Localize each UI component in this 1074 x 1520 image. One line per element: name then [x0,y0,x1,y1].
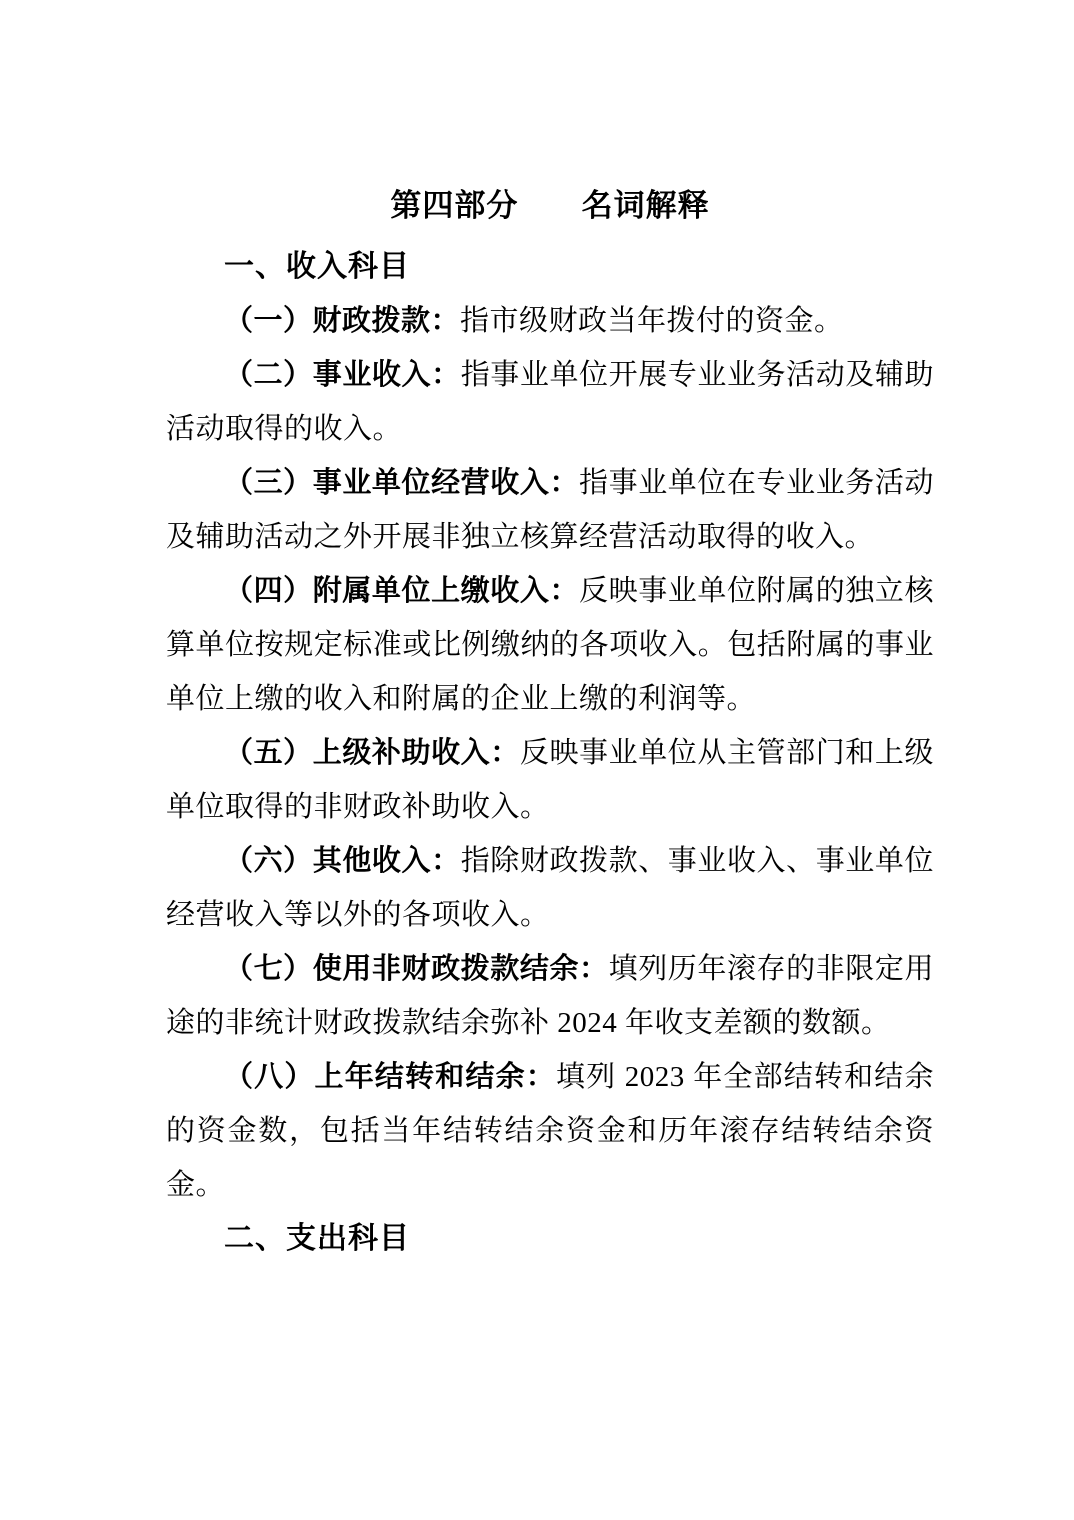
definition-paragraph: （六）其他收入：指除财政拨款、事业收入、事业单位经营收入等以外的各项收入。 [166,834,934,942]
definition-paragraph: （七）使用非财政拨款结余：填列历年滚存的非限定用途的非统计财政拨款结余弥补 20… [166,942,934,1050]
term-label: （五）上级补助收入： [224,737,520,769]
term-label: （一）财政拨款： [224,305,460,337]
doc-title-part-2: 名词解释 [582,188,710,223]
definition-paragraph: （八）上年结转和结余：填列 2023 年全部结转和结余的资金数，包括当年结转结余… [166,1050,934,1212]
term-definition: 指市级财政当年拨付的资金。 [460,305,844,337]
doc-title-part-1: 第四部分 [390,188,518,223]
definition-paragraph: （二）事业收入：指事业单位开展专业业务活动及辅助活动取得的收入。 [166,348,934,456]
definition-paragraph: （三）事业单位经营收入：指事业单位在专业业务活动及辅助活动之外开展非独立核算经营… [166,456,934,564]
section-heading-income: 一、收入科目 [166,240,934,294]
doc-title: 第四部分 名词解释 [166,184,934,228]
term-label: （八）上年结转和结余： [224,1061,556,1093]
term-label: （四）附属单位上缴收入： [224,575,579,607]
definition-paragraph: （四）附属单位上缴收入：反映事业单位附属的独立核算单位按规定标准或比例缴纳的各项… [166,564,934,726]
section-heading-expenditure: 二、支出科目 [166,1212,934,1266]
term-label: （七）使用非财政拨款结余： [224,953,609,985]
definition-paragraph: （五）上级补助收入：反映事业单位从主管部门和上级单位取得的非财政补助收入。 [166,726,934,834]
term-label: （二）事业收入： [224,359,461,391]
term-label: （六）其他收入： [224,845,461,877]
document-page: 第四部分 名词解释 一、收入科目 （一）财政拨款：指市级财政当年拨付的资金。 （… [0,0,1074,1520]
document-content: 第四部分 名词解释 一、收入科目 （一）财政拨款：指市级财政当年拨付的资金。 （… [166,184,934,1266]
definition-paragraph: （一）财政拨款：指市级财政当年拨付的资金。 [166,294,934,348]
term-label: （三）事业单位经营收入： [224,467,579,499]
